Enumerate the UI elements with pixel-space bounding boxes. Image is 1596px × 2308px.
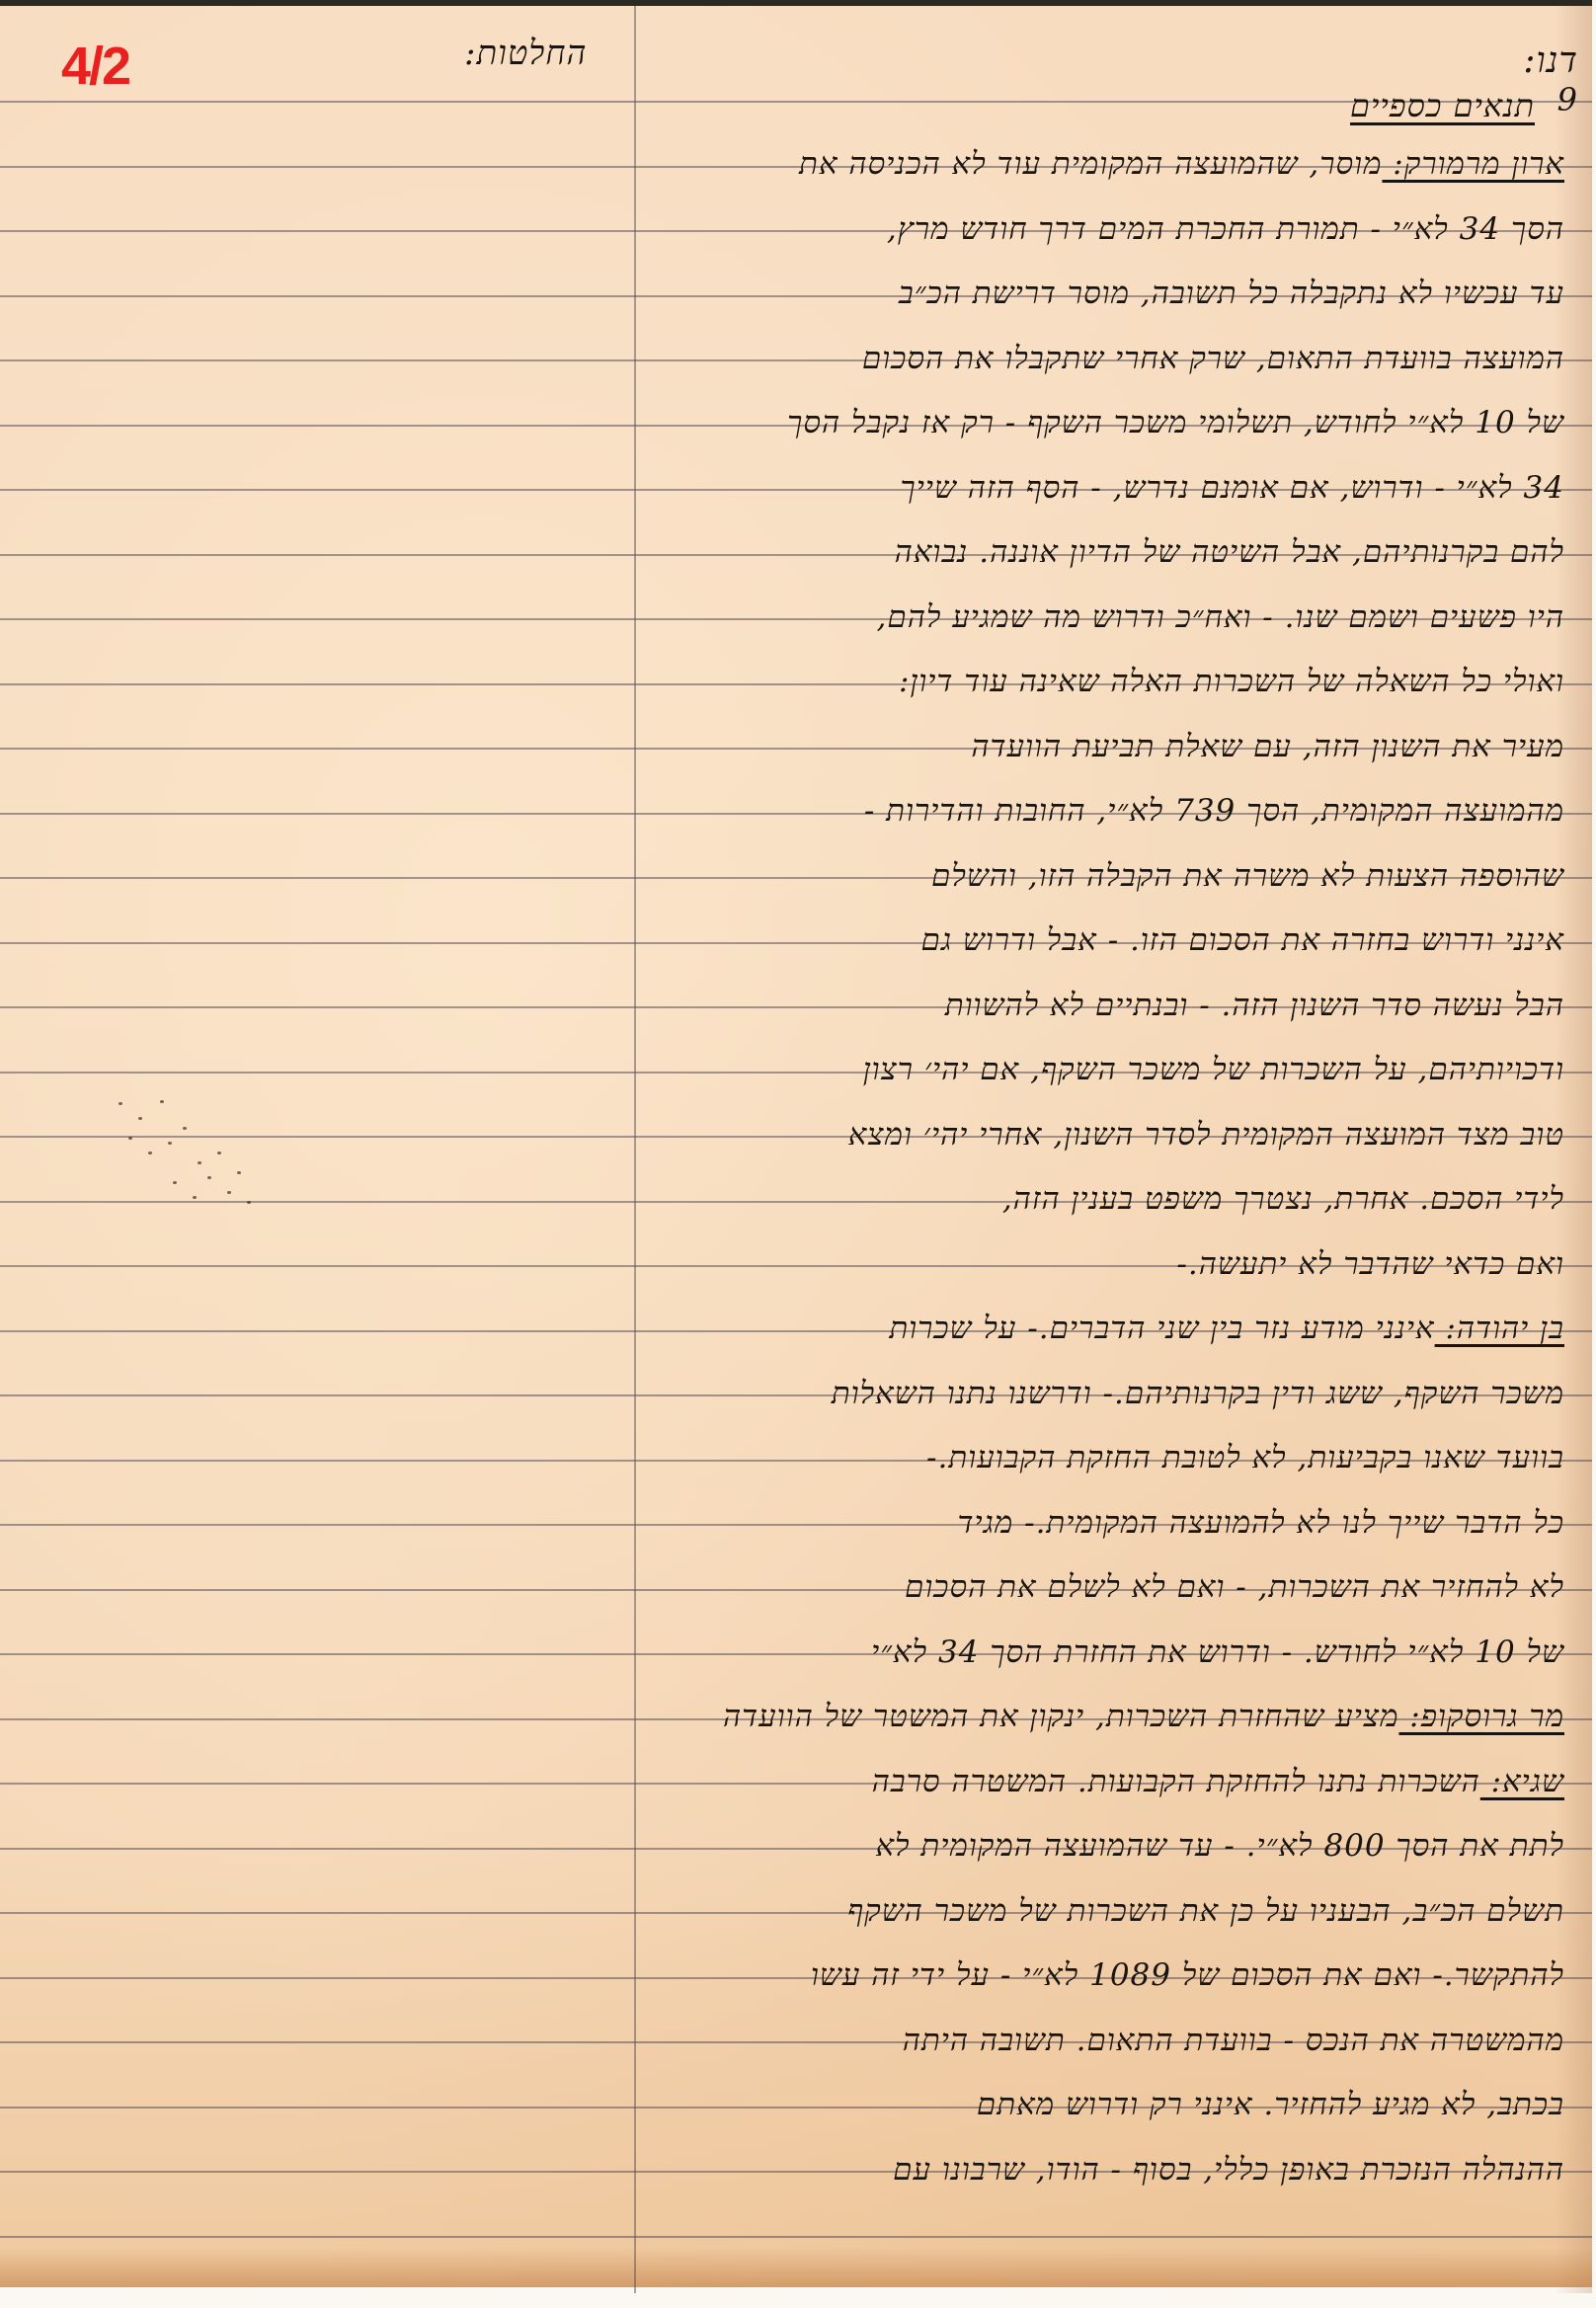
- minutes-text: אינני מודע נזר בין שני הדברים.- על שכרות: [889, 1311, 1434, 1346]
- minutes-text: שהוספה הצעות לא משרה את הקבלה הזו, והשלם: [931, 858, 1564, 894]
- minutes-line: 34 לא״י - ודרוש, אם אומנם נדרש, - הסף הז…: [900, 470, 1564, 506]
- minutes-text: עד עכשיו לא נתקבלה כל תשובה, מוסר דרישת …: [899, 276, 1564, 311]
- minutes-text: ודכויותיהם, על השכרות של משכר השקף, אם י…: [863, 1052, 1564, 1087]
- minutes-text: הבל נעשה סדר השנון הזה. - ובנתיים לא להש…: [945, 988, 1564, 1023]
- minutes-line: היו פשעים ושמם שנו. - ואח״כ ודרוש מה שמג…: [877, 599, 1565, 635]
- minutes-line: תשלם הכ״ב, הבעניו על כן את השכרות של משכ…: [847, 1893, 1564, 1929]
- speaker-name: שגיא:: [1480, 1764, 1564, 1799]
- agenda-item-title: תנאים כספיים: [1350, 87, 1535, 124]
- minutes-text: מציע שהחזרת השכרות, ינקון את המשטר של הו…: [723, 1699, 1398, 1734]
- minutes-text: מהמועצה המקומית, הסך 739 לא״י, החובות וה…: [864, 793, 1564, 829]
- minutes-line: ואם כדאי שהדבר לא יתעשה.-: [1176, 1246, 1564, 1282]
- minutes-text: היו פשעים ושמם שנו. - ואח״כ ודרוש מה שמג…: [877, 599, 1565, 635]
- minutes-line: המועצה בוועדת התאום, שרק אחרי שתקבלו את …: [862, 341, 1564, 376]
- decisions-column-heading: החלטות:: [464, 34, 587, 73]
- minutes-text: תשלם הכ״ב, הבעניו על כן את השכרות של משכ…: [847, 1893, 1564, 1929]
- minutes-line: הבל נעשה סדר השנון הזה. - ובנתיים לא להש…: [945, 988, 1564, 1023]
- minutes-line: להתקשר.- ואם את הסכום של 1089 לא״י - על …: [811, 1957, 1564, 1993]
- minutes-line: מעיר את השנון הזה, עם שאלת תביעת הוועדה: [971, 729, 1564, 764]
- speckle: [119, 1102, 122, 1105]
- minutes-line: הסך 34 לא״י - תמורת החכרת המים דרך חודש …: [887, 211, 1564, 247]
- minutes-text: ואם כדאי שהדבר לא יתעשה.-: [1176, 1246, 1564, 1282]
- minutes-text: להתקשר.- ואם את הסכום של 1089 לא״י - על …: [811, 1957, 1564, 1993]
- agenda-item-number: 9: [1557, 81, 1578, 119]
- minutes-line: לתת את הסך 800 לא״י. - עד שהמועצה המקומי…: [875, 1828, 1564, 1864]
- minutes-text: הסך 34 לא״י - תמורת החכרת המים דרך חודש …: [887, 211, 1564, 247]
- minutes-line: ההנהלה הנזכרת באופן כללי, בסוף - הודו, ש…: [893, 2152, 1564, 2188]
- ruled-line: [0, 2236, 1592, 2238]
- minutes-text: השכרות נתנו להחזקת הקבועות. המשטרה סרבה: [872, 1764, 1480, 1799]
- minutes-text: מעיר את השנון הזה, עם שאלת תביעת הוועדה: [971, 729, 1564, 764]
- minutes-text: להם בקרנותיהם, אבל השיטה של הדיון אוננה.…: [895, 534, 1564, 570]
- document-page: 4/2 החלטות: דנו: 9 תנאים כספיים ארון מרמ…: [0, 0, 1592, 2287]
- minutes-line: משכר השקף, ששג ודין בקרנותיהם.- ודרשנו נ…: [832, 1376, 1564, 1411]
- speckle: [173, 1181, 177, 1184]
- speckle: [183, 1127, 187, 1130]
- minutes-line: לידי הסכם. אחרת, נצטרך משפט בענין הזה,: [1002, 1181, 1564, 1217]
- page-bottom-discoloration: [0, 2248, 1592, 2287]
- speckle: [128, 1137, 132, 1140]
- discussion-column-heading: דנו:: [1523, 40, 1578, 81]
- minutes-line: שגיא: השכרות נתנו להחזקת הקבועות. המשטרה…: [872, 1764, 1564, 1799]
- speckle: [198, 1161, 201, 1164]
- minutes-line: בן יהודה: אינני מודע נזר בין שני הדברים.…: [889, 1311, 1564, 1346]
- minutes-line: להם בקרנותיהם, אבל השיטה של הדיון אוננה.…: [895, 534, 1564, 570]
- speckle: [237, 1171, 241, 1174]
- speckle: [193, 1196, 197, 1199]
- minutes-line: של 10 לא״י לחודש, תשלומי משכר השקף - רק …: [787, 405, 1564, 440]
- minutes-text: אינני ודרוש בחזרה את הסכום הזו. - אבל וד…: [920, 922, 1564, 958]
- speaker-name: בן יהודה:: [1435, 1311, 1564, 1346]
- minutes-line: בכתב, לא מגיע להחזיר. אינני רק ודרוש מאת…: [977, 2087, 1564, 2122]
- minutes-line: של 10 לא״י לחודש. - ודרוש את החזרת הסך 3…: [871, 1634, 1564, 1670]
- minutes-line: בוועד שאנו בקביעות, לא לטובת החזקת הקבוע…: [926, 1440, 1564, 1475]
- minutes-line: עד עכשיו לא נתקבלה כל תשובה, מוסר דרישת …: [899, 276, 1564, 311]
- speckle: [148, 1152, 152, 1154]
- minutes-line: אינני ודרוש בחזרה את הסכום הזו. - אבל וד…: [920, 922, 1564, 958]
- minutes-line: מהמשטרה את הנכס - בוועדת התאום. תשובה הי…: [903, 2023, 1564, 2058]
- minutes-line: ואולי כל השאלה של השכרות האלה שאינה עוד …: [899, 664, 1564, 699]
- minutes-line: לא להחזיר את השכרות, - ואם לא לשלם את הס…: [905, 1569, 1564, 1605]
- minutes-line: ודכויותיהם, על השכרות של משכר השקף, אם י…: [863, 1052, 1564, 1087]
- minutes-text: כל הדבר שייך לנו לא להמועצה המקומית.- מג…: [958, 1505, 1564, 1541]
- speckle: [160, 1100, 164, 1103]
- minutes-line: מר גרוסקופ: מציע שהחזרת השכרות, ינקון את…: [723, 1699, 1564, 1734]
- speckle: [217, 1152, 221, 1154]
- minutes-line: ארון מרמורק: מוסר, שהמועצה המקומית עוד ל…: [799, 146, 1564, 182]
- minutes-text: משכר השקף, ששג ודין בקרנותיהם.- ודרשנו נ…: [832, 1376, 1564, 1411]
- minutes-text: בכתב, לא מגיע להחזיר. אינני רק ודרוש מאת…: [977, 2087, 1564, 2122]
- minutes-text: של 10 לא״י לחודש. - ודרוש את החזרת הסך 3…: [871, 1634, 1564, 1670]
- speckle: [138, 1117, 142, 1120]
- minutes-text: מוסר, שהמועצה המקומית עוד לא הכניסה את: [799, 146, 1382, 182]
- minutes-line: שהוספה הצעות לא משרה את הקבלה הזו, והשלם: [931, 858, 1564, 894]
- speaker-name: מר גרוסקופ:: [1398, 1699, 1564, 1734]
- minutes-line: כל הדבר שייך לנו לא להמועצה המקומית.- מג…: [958, 1505, 1564, 1541]
- minutes-line: טוב מצד המועצה המקומית לסדר השנון, אחרי …: [848, 1117, 1564, 1153]
- speaker-name: ארון מרמורק:: [1382, 146, 1564, 182]
- speckle: [227, 1191, 231, 1194]
- minutes-text: המועצה בוועדת התאום, שרק אחרי שתקבלו את …: [862, 341, 1564, 376]
- minutes-text: לתת את הסך 800 לא״י. - עד שהמועצה המקומי…: [875, 1828, 1564, 1864]
- page-number-stamp: 4/2: [61, 36, 129, 97]
- speckle: [207, 1176, 211, 1179]
- minutes-text: ואולי כל השאלה של השכרות האלה שאינה עוד …: [899, 664, 1564, 699]
- minutes-text: של 10 לא״י לחודש, תשלומי משכר השקף - רק …: [787, 405, 1564, 440]
- speckle: [247, 1201, 251, 1204]
- minutes-text: לידי הסכם. אחרת, נצטרך משפט בענין הזה,: [1002, 1181, 1564, 1217]
- minutes-text: בוועד שאנו בקביעות, לא לטובת החזקת הקבוע…: [926, 1440, 1564, 1475]
- minutes-line: מהמועצה המקומית, הסך 739 לא״י, החובות וה…: [864, 793, 1564, 829]
- speckle: [168, 1142, 172, 1145]
- margin-line: [634, 6, 636, 2293]
- minutes-text: לא להחזיר את השכרות, - ואם לא לשלם את הס…: [905, 1569, 1564, 1605]
- minutes-text: מהמשטרה את הנכס - בוועדת התאום. תשובה הי…: [903, 2023, 1564, 2058]
- minutes-text: ההנהלה הנזכרת באופן כללי, בסוף - הודו, ש…: [893, 2152, 1564, 2188]
- minutes-text: 34 לא״י - ודרוש, אם אומנם נדרש, - הסף הז…: [900, 470, 1564, 506]
- minutes-text: טוב מצד המועצה המקומית לסדר השנון, אחרי …: [848, 1117, 1564, 1153]
- ink-speckles: [109, 1082, 277, 1231]
